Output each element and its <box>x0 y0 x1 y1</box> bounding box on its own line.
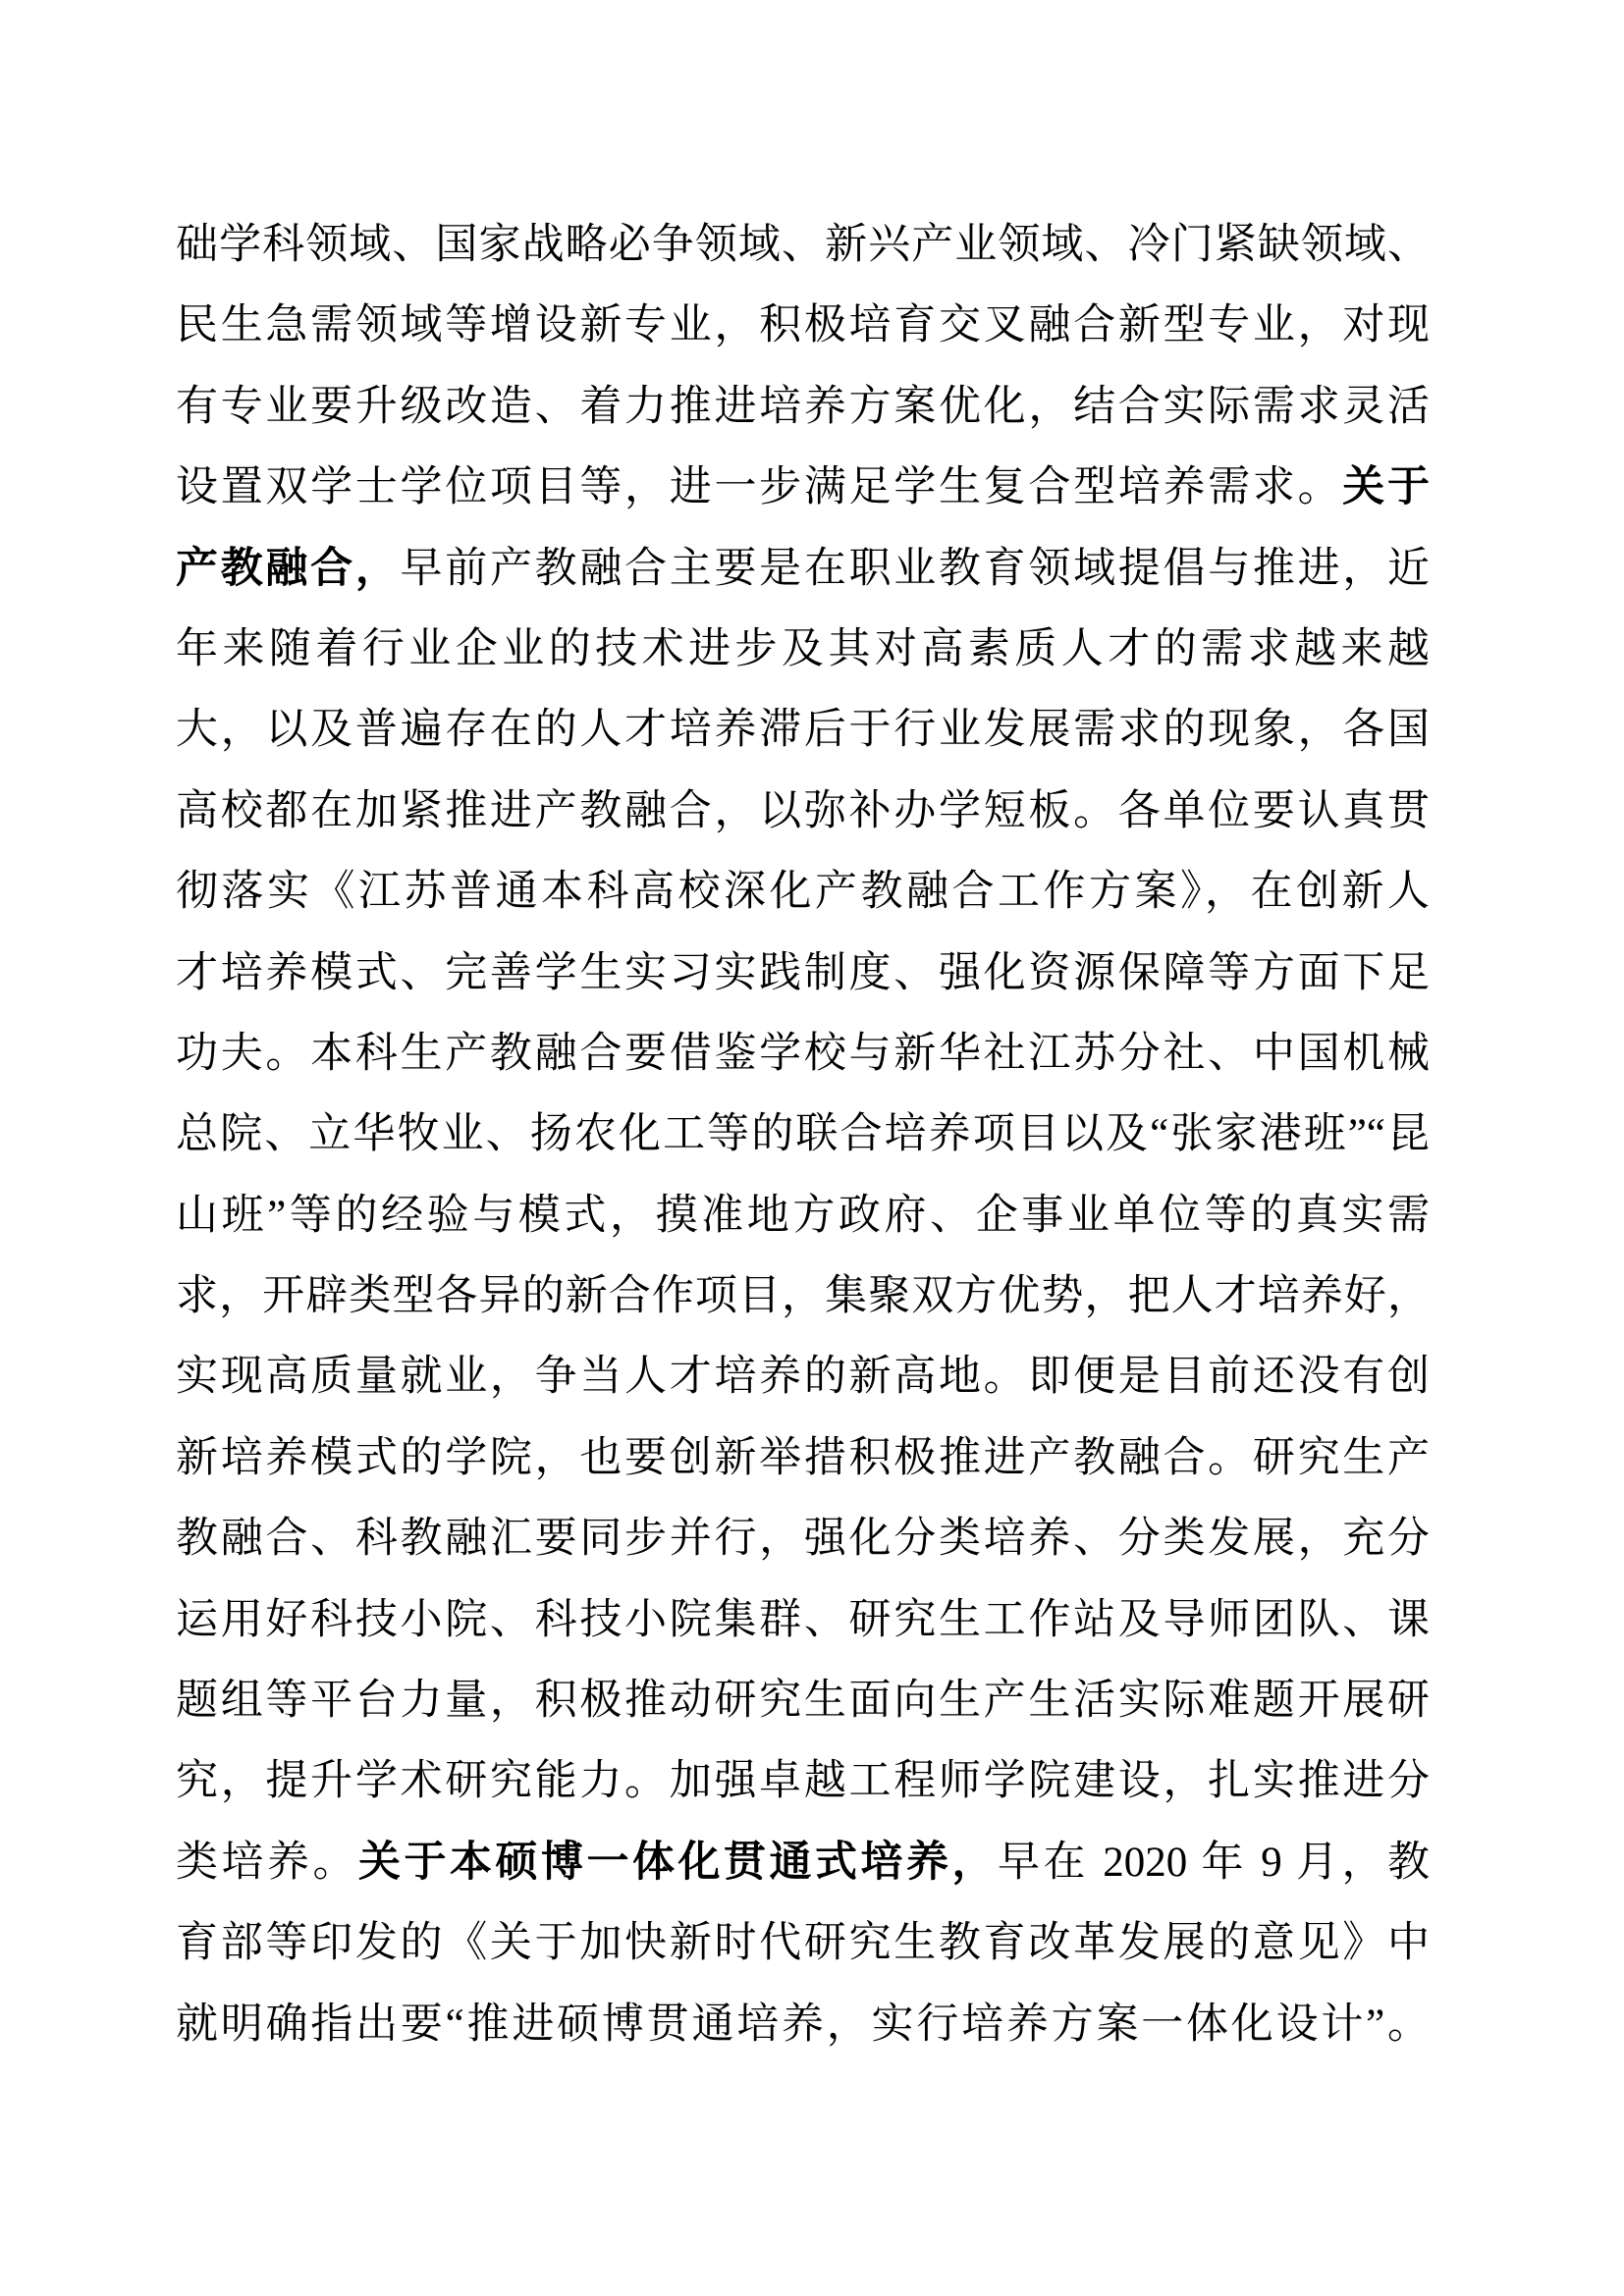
text-line: 实现高质量就业，争当人才培养的新高地。即便是目前还没有创 <box>176 1337 1430 1417</box>
text-line: 才培养模式、完善学生实习实践制度、强化资源保障等方面下足 <box>176 934 1430 1014</box>
text-run: 才培养模式、完善学生实习实践制度、强化资源保障等方面下足 <box>176 950 1430 996</box>
text-line: 设置双学士学位项目等，进一步满足学生复合型培养需求。关于 <box>176 448 1430 528</box>
text-line: 有专业要升级改造、着力推进培养方案优化，结合实际需求灵活 <box>176 367 1430 448</box>
text-run: 有专业要升级改造、着力推进培养方案优化，结合实际需求灵活 <box>176 384 1430 430</box>
text-run: 求，开辟类型各异的新合作项目，集聚双方优势，把人才培养好， <box>176 1273 1430 1319</box>
text-run: 类培养。 <box>176 1840 358 1886</box>
text-line: 类培养。关于本硕博一体化贯通式培养，早在 2020 年 9 月，教 <box>176 1823 1430 1903</box>
text-run: 早前产教融合主要是在职业教育领域提倡与推进，近 <box>401 546 1430 592</box>
text-run: 高校都在加紧推进产教融合，以弥补办学短板。各单位要认真贯 <box>176 788 1430 834</box>
text-run: 就明确指出要“推进硕博贯通培养，实行培养方案一体化设计”。 <box>176 2002 1430 2048</box>
text-line: 大，以及普遍存在的人才培养滞后于行业发展需求的现象，各国 <box>176 690 1430 771</box>
text-run: 山班”等的经验与模式，摸准地方政府、企事业单位等的真实需 <box>176 1193 1430 1239</box>
text-line: 民生急需领域等增设新专业，积极培育交叉融合新型专业，对现 <box>176 286 1430 366</box>
text-line: 产教融合，早前产教融合主要是在职业教育领域提倡与推进，近 <box>176 529 1430 610</box>
text-line: 就明确指出要“推进硕博贯通培养，实行培养方案一体化设计”。 <box>176 1985 1430 2065</box>
text-run: 大，以及普遍存在的人才培养滞后于行业发展需求的现象，各国 <box>176 707 1430 753</box>
text-line: 总院、立华牧业、扬农化工等的联合培养项目以及“张家港班”“昆 <box>176 1095 1430 1175</box>
text-run: 实现高质量就业，争当人才培养的新高地。即便是目前还没有创 <box>176 1354 1430 1400</box>
text-run: 究，提升学术研究能力。加强卓越工程师学院建设，扎实推进分 <box>176 1758 1430 1804</box>
text-line: 彻落实《江苏普通本科高校深化产教融合工作方案》，在创新人 <box>176 852 1430 933</box>
text-line: 高校都在加紧推进产教融合，以弥补办学短板。各单位要认真贯 <box>176 772 1430 852</box>
text-run: 年来随着行业企业的技术进步及其对高素质人才的需求越来越 <box>176 626 1430 672</box>
text-run: 运用好科技小院、科技小院集群、研究生工作站及导师团队、课 <box>176 1597 1430 1643</box>
text-run: 功夫。本科生产教融合要借鉴学校与新华社江苏分社、中国机械 <box>176 1031 1430 1077</box>
text-line: 新培养模式的学院，也要创新举措积极推进产教融合。研究生产 <box>176 1418 1430 1499</box>
document-page: 础学科领域、国家战略必争领域、新兴产业领域、冷门紧缺领域、民生急需领域等增设新专… <box>0 0 1624 2296</box>
text-run: 新培养模式的学院，也要创新举措积极推进产教融合。研究生产 <box>176 1435 1430 1481</box>
text-run: 育部等印发的《关于加快新时代研究生教育改革发展的意见》中 <box>176 1920 1430 1966</box>
text-run: 彻落实《江苏普通本科高校深化产教融合工作方案》，在创新人 <box>176 869 1430 915</box>
text-run: 总院、立华牧业、扬农化工等的联合培养项目以及“张家港班”“昆 <box>176 1111 1430 1157</box>
text-line: 山班”等的经验与模式，摸准地方政府、企事业单位等的真实需 <box>176 1176 1430 1256</box>
text-line: 础学科领域、国家战略必争领域、新兴产业领域、冷门紧缺领域、 <box>176 205 1430 286</box>
text-run-bold: 产教融合， <box>176 546 401 592</box>
text-line: 教融合、科教融汇要同步并行，强化分类培养、分类发展，充分 <box>176 1499 1430 1579</box>
text-line: 究，提升学术研究能力。加强卓越工程师学院建设，扎实推进分 <box>176 1741 1430 1822</box>
text-run: 础学科领域、国家战略必争领域、新兴产业领域、冷门紧缺领域、 <box>176 222 1430 268</box>
paragraph-body: 础学科领域、国家战略必争领域、新兴产业领域、冷门紧缺领域、民生急需领域等增设新专… <box>176 205 1430 2065</box>
text-run: 设置双学士学位项目等，进一步满足学生复合型培养需求。 <box>176 464 1342 510</box>
text-run-bold: 关于本硕博一体化贯通式培养， <box>358 1840 998 1886</box>
text-run: 民生急需领域等增设新专业，积极培育交叉融合新型专业，对现 <box>176 302 1430 348</box>
text-line: 题组等平台力量，积极推动研究生面向生产生活实际难题开展研 <box>176 1661 1430 1741</box>
text-run: 早在 2020 年 9 月，教 <box>998 1840 1430 1886</box>
text-line: 年来随着行业企业的技术进步及其对高素质人才的需求越来越 <box>176 610 1430 690</box>
text-run: 题组等平台力量，积极推动研究生面向生产生活实际难题开展研 <box>176 1678 1430 1724</box>
text-line: 运用好科技小院、科技小院集群、研究生工作站及导师团队、课 <box>176 1580 1430 1661</box>
text-run: 教融合、科教融汇要同步并行，强化分类培养、分类发展，充分 <box>176 1516 1430 1562</box>
text-line: 育部等印发的《关于加快新时代研究生教育改革发展的意见》中 <box>176 1903 1430 1984</box>
text-run-bold: 关于 <box>1342 464 1430 510</box>
text-line: 求，开辟类型各异的新合作项目，集聚双方优势，把人才培养好， <box>176 1256 1430 1337</box>
text-line: 功夫。本科生产教融合要借鉴学校与新华社江苏分社、中国机械 <box>176 1014 1430 1095</box>
